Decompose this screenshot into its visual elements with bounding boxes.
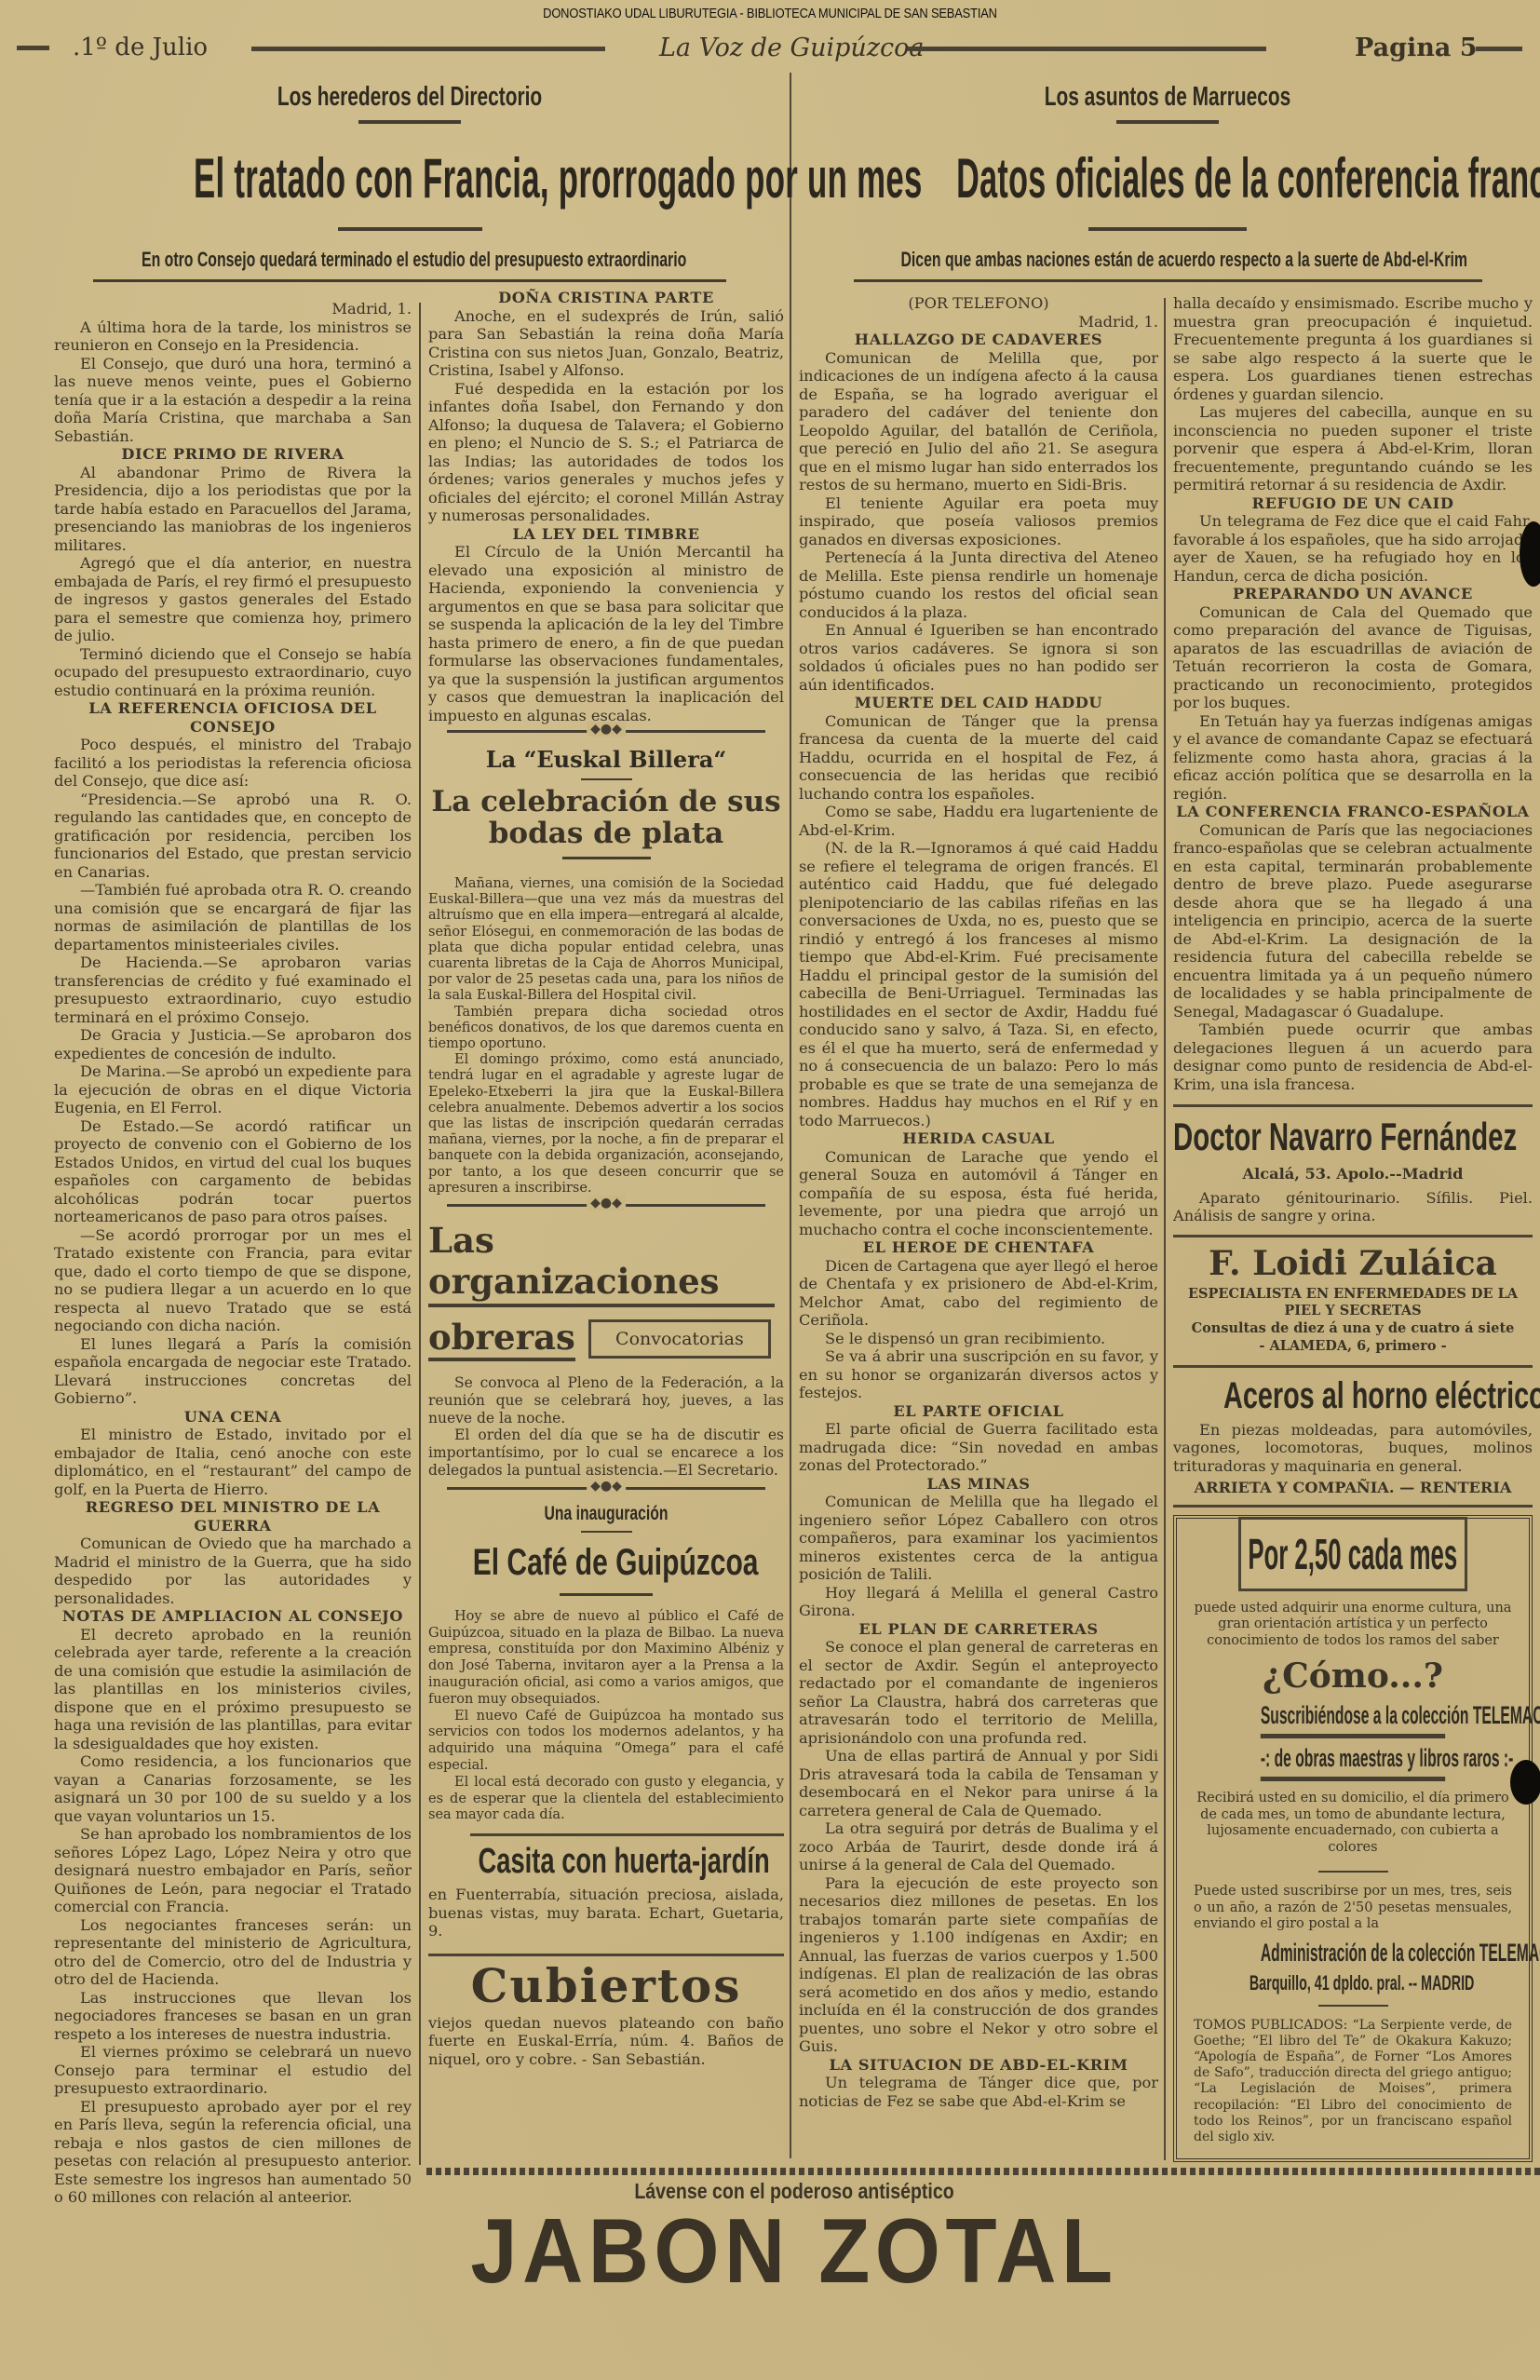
masthead-title: La Voz de Guipúzcoa (659, 34, 925, 62)
section-heading: UNA CENA (54, 1408, 412, 1427)
telemaco-subscription: Puede usted suscribirse por un mes, tres… (1194, 1884, 1512, 1933)
paragraph: Poco después, el ministro del Trabajo fa… (54, 736, 412, 791)
paragraph: Comunican de Melilla que ha llegado el i… (799, 1493, 1158, 1584)
section-heading: EL PLAN DE CARRETERAS (799, 1620, 1158, 1639)
paragraph: El nuevo Café de Guipúzcoa ha montado su… (428, 1709, 784, 1775)
section-heading: PREPARANDO UN AVANCE (1173, 585, 1533, 603)
divider (1173, 1365, 1533, 1368)
paragraph: El local está decorado con gusto y elega… (428, 1775, 784, 1824)
paragraph: (N. de la R.—Ignoramos á qué caid Haddu … (799, 839, 1158, 1129)
paragraph: El ministro de Estado, invitado por el e… (54, 1426, 412, 1498)
article-column-1: Madrid, 1.A última hora de la tarde, los… (54, 300, 412, 2207)
divider (1173, 1235, 1533, 1237)
paragraph: Para la ejecución de este proyecto son n… (799, 1874, 1158, 2056)
article-column-3: (POR TELEFONO)Madrid, 1.HALLAZGO DE CADA… (799, 294, 1158, 2110)
paragraph: También prepara dicha sociedad otros ben… (428, 1005, 784, 1053)
divider (93, 279, 726, 282)
wavy-divider (426, 2168, 1540, 2175)
telemaco-answer: Suscribiéndose a la colección TELEMACO (1261, 1701, 1445, 1738)
telemaco-address: Barquillo, 41 dpldo. pral. -- MADRID (1250, 1971, 1456, 1995)
paragraph: Las instrucciones que llevan los negocia… (54, 1989, 412, 2044)
masthead: .1º de Julio La Voz de Guipúzcoa Pagina … (0, 34, 1540, 71)
paper-tear (1520, 521, 1540, 587)
paragraph: (POR TELEFONO) (799, 294, 1158, 313)
ad-price-box: Por 2,50 cada mes (1238, 1517, 1467, 1591)
telemaco-tagline: -: de obras maestras y libros raros :- (1261, 1744, 1445, 1781)
ad-doctor-name: Doctor Navarro Fernández (1173, 1115, 1535, 1159)
paragraph: Los negociantes franceses serán: un repr… (54, 1916, 412, 1989)
paragraph: Anoche, en el sudexprés de Irún, salió p… (428, 307, 784, 380)
article-text: Mañana, viernes, una comisión de la Soci… (428, 876, 784, 1197)
section-heading: EL HEROE DE CHENTAFA (799, 1238, 1158, 1257)
section-headline: El Café de Guipúzcoa (473, 1542, 740, 1584)
paragraph: Una de ellas partirá de Annual y por Sid… (799, 1747, 1158, 1819)
paragraph: Las mujeres del cabecilla, aunque en su … (1173, 403, 1533, 494)
section-heading: HERIDA CASUAL (799, 1129, 1158, 1148)
ad-loidi-hours: Consultas de diez á una y de cuatro á si… (1173, 1319, 1533, 1338)
paragraph: Comunican de Tánger que la prensa france… (799, 712, 1158, 804)
ad-loidi-name: F. Loidi Zuláica (1173, 1245, 1533, 1282)
section-heading: LAS MINAS (799, 1475, 1158, 1494)
left-story-header: Los herederos del Directorio El tratado … (37, 82, 782, 282)
paragraph: Se han aprobado los nombramientos de los… (54, 1825, 412, 1916)
article-column-2: DOÑA CRISTINA PARTEAnoche, en el sudexpr… (428, 289, 784, 2068)
ornamental-divider (447, 730, 765, 740)
masthead-page-number: Pagina 5 (1355, 34, 1478, 62)
paragraph: Un telegrama de Tánger dice que, por not… (799, 2074, 1158, 2110)
masthead-rule (908, 47, 1266, 51)
column-divider (419, 303, 421, 2165)
story-kicker: Los herederos del Directorio (142, 82, 678, 113)
paragraph: Dicen de Cartagena que ayer llegó el her… (799, 1257, 1158, 1330)
ad-cubiertos-text: viejos quedan nuevos plateando con baño … (428, 2014, 784, 2069)
divider (1173, 1505, 1533, 1508)
divider (1173, 1104, 1533, 1107)
masthead-rule (251, 47, 605, 51)
section-heading: MUERTE DEL CAID HADDU (799, 694, 1158, 712)
ad-text: Aparato génitourinario. Sífilis. Piel. A… (1173, 1189, 1533, 1225)
divider (854, 279, 1482, 282)
paragraph: Terminó diciendo que el Consejo se había… (54, 645, 412, 700)
section-heading: REGRESO DEL MINISTRO DE LA GUERRA (54, 1498, 412, 1535)
ad-telemaco: Por 2,50 cada mes puede usted adquirir u… (1173, 1515, 1533, 2163)
masthead-date: .1º de Julio (73, 34, 208, 61)
ad-loidi-address: - ALAMEDA, 6, primero - (1173, 1337, 1533, 1356)
ad-jabon-zotal: Lávense con el poderoso antiséptico JABO… (426, 2179, 1162, 2297)
paragraph: Comunican de Oviedo que ha marchado a Ma… (54, 1535, 412, 1607)
paragraph: De Gracia y Justicia.—Se aprobaron dos e… (54, 1026, 412, 1062)
divider (470, 1833, 784, 1836)
ad-text: en Fuenterrabía, situación preciosa, ais… (428, 1886, 784, 1941)
paragraph: Comunican de Melilla que, por indicacion… (799, 349, 1158, 494)
paragraph: El lunes llegará a París la comisión esp… (54, 1335, 412, 1408)
paragraph: El Consejo, que duró una hora, terminó a… (54, 355, 412, 446)
paragraph: —También fué aprobada otra R. O. creando… (54, 881, 412, 953)
archive-banner: DONOSTIAKO UDAL LIBURUTEGIA - BIBLIOTECA… (108, 6, 1432, 21)
paragraph: Se le dispensó un gran recibimiento. (799, 1330, 1158, 1348)
paragraph: Se conoce el plan general de carreteras … (799, 1638, 1158, 1747)
paragraph: —Se acordó prorrogar por un mes el Trata… (54, 1226, 412, 1335)
ad-doctor-address: Alcalá, 53. Apolo.--Madrid (1173, 1165, 1533, 1183)
paragraph: Un telegrama de Fez dice que el caid Fah… (1173, 512, 1533, 585)
ad-text: En piezas moldeadas, para automóviles, v… (1173, 1421, 1533, 1476)
section-heading: NOTAS DE AMPLIACION AL CONSEJO (54, 1607, 412, 1626)
story-headline: El tratado con Francia, prorrogado por u… (194, 146, 626, 210)
section-heading: LA LEY DEL TIMBRE (428, 525, 784, 544)
paragraph: El viernes próximo se celebrará un nuevo… (54, 2043, 412, 2098)
paragraph: En Annual é Igueriben se han encontrado … (799, 621, 1158, 694)
center-column-divider (790, 73, 791, 2158)
story-headline: Datos oficiales de la conferencia franco… (956, 146, 1379, 210)
section-heading: HALLAZGO DE CADAVERES (799, 331, 1158, 349)
paragraph: El teniente Aguilar era poeta muy inspir… (799, 494, 1158, 549)
paragraph: halla decaído y ensimismado. Escribe muc… (1173, 294, 1533, 403)
ad-cubiertos-title: Cubiertos (428, 1962, 784, 2010)
article-text: Hoy se abre de nuevo al público el Café … (428, 1609, 784, 1824)
paragraph: Comunican de Cala del Quemado que como p… (1173, 603, 1533, 712)
section-headline: La celebración de sus bodas de plata (428, 786, 784, 849)
section-kicker: La “Euskal Billera“ (428, 746, 784, 773)
paragraph: El domingo próximo, como está anunciado,… (428, 1052, 784, 1197)
article-text: DOÑA CRISTINA PARTEAnoche, en el sudexpr… (428, 289, 784, 724)
divider (1088, 227, 1247, 231)
divider (1318, 2005, 1388, 2007)
ad-doctor-text: Aparato génitourinario. Sífilis. Piel. A… (1173, 1189, 1533, 1225)
story-subhead: En otro Consejo quedará terminado el est… (142, 248, 678, 272)
ad-loidi-specialty: ESPECIALISTA EN ENFERMEDADES DE LA PIEL … (1173, 1286, 1533, 1319)
column-divider (1164, 298, 1166, 2160)
divider (338, 227, 482, 231)
story-kicker: Los asuntos de Marruecos (900, 82, 1434, 113)
dateline: Madrid, 1. (54, 300, 412, 318)
ad-price-title: Por 2,50 cada mes (1249, 1529, 1458, 1579)
divider (1116, 120, 1219, 124)
convocatorias-box: Convocatorias (588, 1319, 771, 1359)
paragraph: También puede ocurrir que ambas delegaci… (1173, 1021, 1533, 1093)
paragraph: El presupuesto aprobado ayer por el rey … (54, 2098, 412, 2207)
telemaco-delivery: Recibirá usted en su domicilio, el día p… (1194, 1791, 1512, 1856)
article-text: Se convoca al Pleno de la Federación, a … (428, 1374, 784, 1480)
article-column-4: halla decaído y ensimismado. Escribe muc… (1173, 294, 1533, 2162)
story-subhead: Dicen que ambas naciones están de acuerd… (900, 248, 1434, 272)
paragraph: Fué despedida en la estación por los inf… (428, 380, 784, 525)
paragraph: El decreto aprobado en la reunión celebr… (54, 1626, 412, 1753)
paragraph: A última hora de la tarde, los ministros… (54, 318, 412, 355)
paper-tear (1510, 1760, 1540, 1805)
ad-casita-title: Casita con huerta-jardín (478, 1842, 734, 1882)
telemaco-admin: Administración de la colección TELEMACO (1261, 1939, 1445, 1968)
ornamental-divider (447, 1487, 765, 1497)
divider (358, 120, 461, 124)
section-heading: LA REFERENCIA OFICIOSA DEL CONSEJO (54, 699, 412, 736)
paragraph: De Estado.—Se acordó ratificar un proyec… (54, 1117, 412, 1226)
paragraph: De Hacienda.—Se aprobaron varias transfe… (54, 953, 412, 1026)
ad-aceros-company: ARRIETA Y COMPAÑIA. — RENTERIA (1173, 1479, 1533, 1497)
section-heading: DICE PRIMO DE RIVERA (54, 445, 412, 464)
divider (581, 778, 632, 780)
article-text: halla decaído y ensimismado. Escribe muc… (1173, 294, 1533, 1093)
paragraph: Hoy llegará á Melilla el general Castro … (799, 1584, 1158, 1620)
paragraph: Hoy se abre de nuevo al público el Café … (428, 1609, 784, 1709)
section-heading: LA CONFERENCIA FRANCO-ESPAÑOLA (1173, 803, 1533, 821)
right-story-header: Los asuntos de Marruecos Datos oficiales… (797, 82, 1538, 282)
ornamental-divider (447, 1204, 765, 1214)
section-headline: obreras (428, 1317, 575, 1361)
dateline: Madrid, 1. (799, 313, 1158, 331)
paragraph: Agregó que el día anterior, en nuestra e… (54, 554, 412, 645)
telemaco-published: TOMOS PUBLICADOS: “La Serpiente verde, d… (1194, 2018, 1512, 2146)
ad-casita-text: en Fuenterrabía, situación preciosa, ais… (428, 1886, 784, 1941)
divider (581, 1531, 632, 1533)
divider (562, 857, 651, 859)
telemaco-question: ¿Cómo...? (1194, 1657, 1512, 1696)
paragraph: De Marina.—Se aprobó un expediente para … (54, 1062, 412, 1117)
paragraph: La otra seguirá por detrás de Bualima y … (799, 1819, 1158, 1874)
paragraph: El Círculo de la Unión Mercantil ha elev… (428, 543, 784, 724)
paragraph: En Tetuán hay ya fuerzas indígenas amiga… (1173, 712, 1533, 804)
paragraph: Mañana, viernes, una comisión de la Soci… (428, 876, 784, 1005)
section-headline: Las organizaciones (428, 1220, 775, 1307)
section-kicker: Una inauguración (473, 1503, 740, 1525)
section-heading: DOÑA CRISTINA PARTE (428, 289, 784, 307)
paragraph: Comunican de París que las negociaciones… (1173, 821, 1533, 1021)
paragraph: Pertenecía á la Junta directiva del Aten… (799, 548, 1158, 621)
paragraph: Al abandonar Primo de Rivera la Presiden… (54, 464, 412, 555)
section-heading: LA SITUACION DE ABD-EL-KRIM (799, 2056, 1158, 2075)
ad-aceros-text: En piezas moldeadas, para automóviles, v… (1173, 1421, 1533, 1476)
section-heading: EL PARTE OFICIAL (799, 1402, 1158, 1421)
paragraph: Comunican de Larache que yendo el genera… (799, 1148, 1158, 1239)
paragraph: Se va á abrir una suscripción en su favo… (799, 1347, 1158, 1402)
paragraph: El orden del día que se ha de discutir e… (428, 1427, 784, 1479)
telemaco-intro: puede usted adquirir una enorme cultura,… (1194, 1601, 1512, 1650)
ad-text: viejos quedan nuevos plateando con baño … (428, 2014, 784, 2069)
paragraph: Como residencia, a los funcionarios que … (54, 1752, 412, 1825)
ad-aceros-title: Aceros al horno eléctrico (1223, 1375, 1482, 1417)
paragraph: Como se sabe, Haddu era lugarteniente de… (799, 803, 1158, 839)
divider (428, 1954, 784, 1956)
divider (560, 1593, 653, 1596)
divider (1318, 1871, 1388, 1873)
ad-jabon-brand: JABON ZOTAL (456, 2204, 1133, 2297)
paragraph: “Presidencia.—Se aprobó una R. O. regula… (54, 791, 412, 882)
paragraph: Se convoca al Pleno de la Federación, a … (428, 1374, 784, 1427)
masthead-rule (17, 46, 49, 50)
masthead-rule (1476, 47, 1522, 51)
paragraph: El parte oficial de Guerra facilitado es… (799, 1420, 1158, 1475)
section-heading: REFUGIO DE UN CAID (1173, 494, 1533, 513)
